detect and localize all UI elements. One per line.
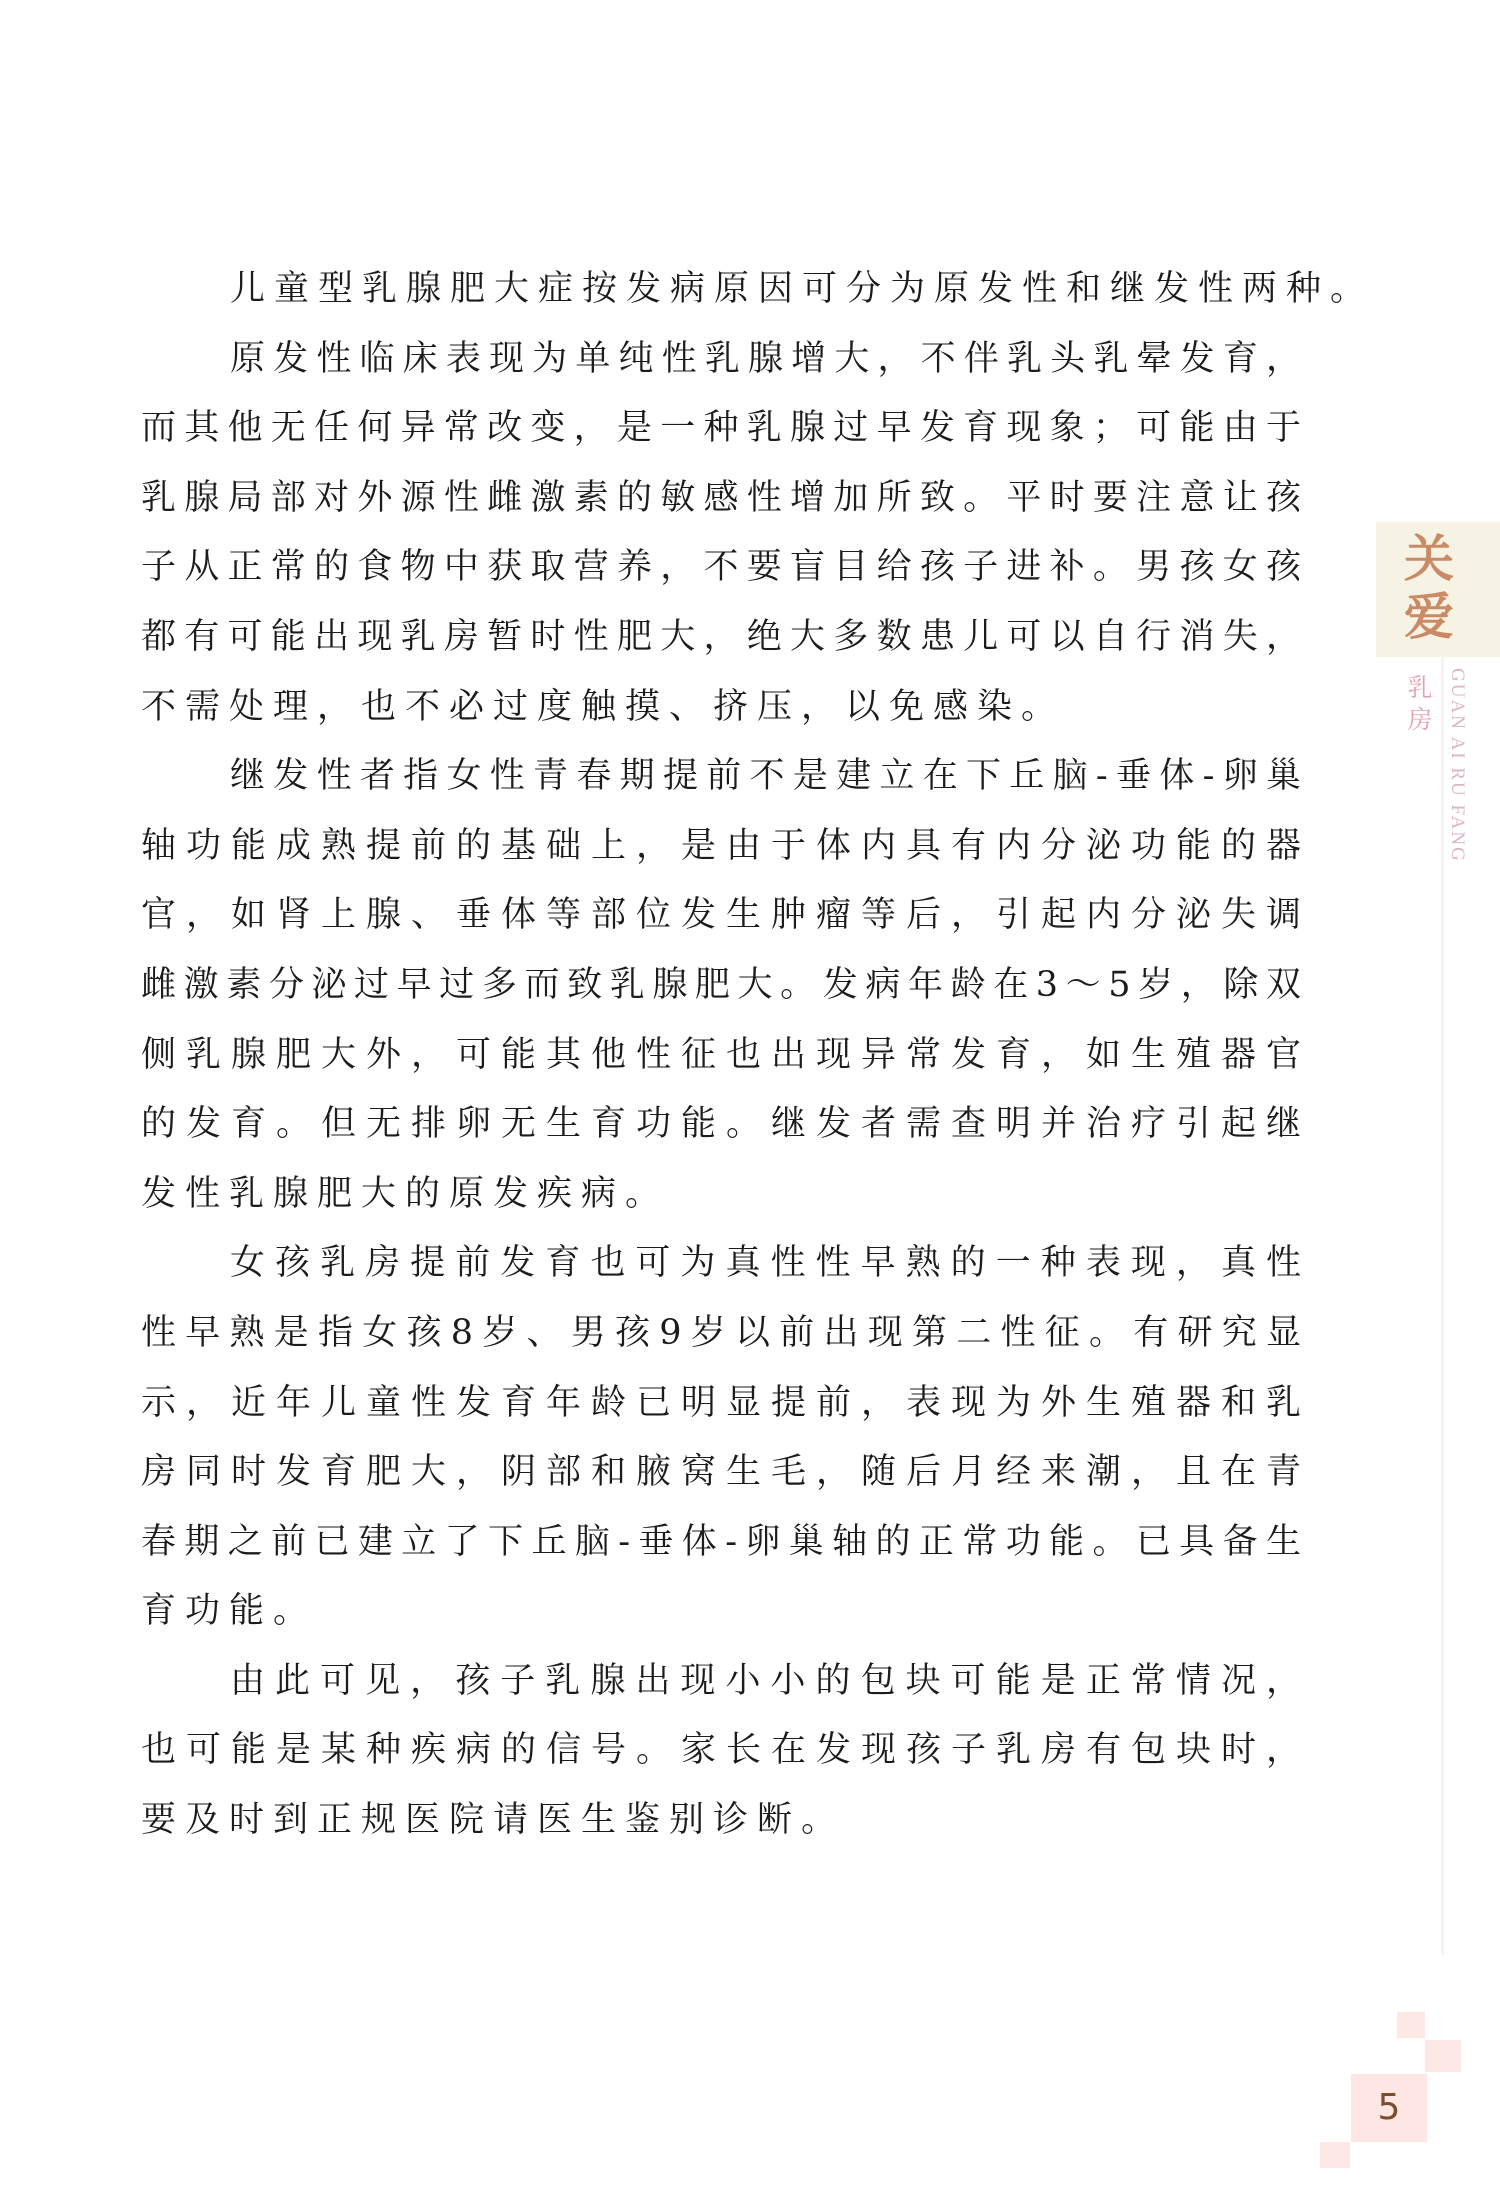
text-line: 乳腺局部对外源性雌激素的敏感性增加所致。平时要注意让孩 xyxy=(141,464,1301,534)
decor-square xyxy=(1425,2040,1461,2072)
text-line: 性早熟是指女孩8岁、男孩9岁以前出现第二性征。有研究显 xyxy=(141,1299,1301,1369)
section-title: 关爱 xyxy=(1394,530,1464,646)
text-line: 都有可能出现乳房暂时性肥大，绝大多数患儿可以自行消失， xyxy=(141,603,1301,673)
text-line: 侧乳腺肥大外，可能其他性征也出现异常发育，如生殖器官 xyxy=(141,1021,1301,1091)
text-line: 要及时到正规医院请医生鉴别诊断。 xyxy=(141,1786,1301,1856)
text-line: 由此可见，孩子乳腺出现小小的包块可能是正常情况， xyxy=(141,1647,1301,1717)
decor-square xyxy=(1397,2012,1425,2038)
text-line: 官，如肾上腺、垂体等部位发生肿瘤等后，引起内分泌失调 xyxy=(141,881,1301,951)
text-line: 儿童型乳腺肥大症按发病原因可分为原发性和继发性两种。 xyxy=(141,255,1301,325)
book-page: 儿童型乳腺肥大症按发病原因可分为原发性和继发性两种。 原发性临床表现为单纯性乳腺… xyxy=(0,0,1500,2203)
text-line: 原发性临床表现为单纯性乳腺增大，不伴乳头乳晕发育， xyxy=(141,325,1301,395)
text-line: 发性乳腺肥大的原发疾病。 xyxy=(141,1160,1301,1230)
section-pinyin: GUAN AI RU FANG xyxy=(1446,668,1468,863)
text-line: 不需处理，也不必过度触摸、挤压，以免感染。 xyxy=(141,673,1301,743)
text-line: 子从正常的食物中获取营养，不要盲目给孩子进补。男孩女孩 xyxy=(141,533,1301,603)
text-line: 也可能是某种疾病的信号。家长在发现孩子乳房有包块时， xyxy=(141,1716,1301,1786)
text-line: 继发性者指女性青春期提前不是建立在下丘脑-垂体-卵巢 xyxy=(141,742,1301,812)
text-line: 的发育。但无排卵无生育功能。继发者需查明并治疗引起继 xyxy=(141,1090,1301,1160)
page-number: 5 xyxy=(1351,2074,1427,2142)
text-line: 春期之前已建立了下丘脑-垂体-卵巢轴的正常功能。已具备生 xyxy=(141,1508,1301,1578)
section-subtitle: 乳房 xyxy=(1402,672,1438,736)
decor-square xyxy=(1320,2142,1350,2168)
margin-rule xyxy=(1441,655,1444,1955)
body-text: 儿童型乳腺肥大症按发病原因可分为原发性和继发性两种。 原发性临床表现为单纯性乳腺… xyxy=(141,255,1301,1856)
text-line: 示，近年儿童性发育年龄已明显提前，表现为外生殖器和乳 xyxy=(141,1369,1301,1439)
text-line: 轴功能成熟提前的基础上，是由于体内具有内分泌功能的器 xyxy=(141,812,1301,882)
text-line: 雌激素分泌过早过多而致乳腺肥大。发病年龄在3～5岁，除双 xyxy=(141,951,1301,1021)
text-line: 房同时发育肥大，阴部和腋窝生毛，随后月经来潮，且在青 xyxy=(141,1438,1301,1508)
text-line: 女孩乳房提前发育也可为真性性早熟的一种表现，真性 xyxy=(141,1229,1301,1299)
text-line: 育功能。 xyxy=(141,1577,1301,1647)
text-line: 而其他无任何异常改变，是一种乳腺过早发育现象；可能由于 xyxy=(141,394,1301,464)
